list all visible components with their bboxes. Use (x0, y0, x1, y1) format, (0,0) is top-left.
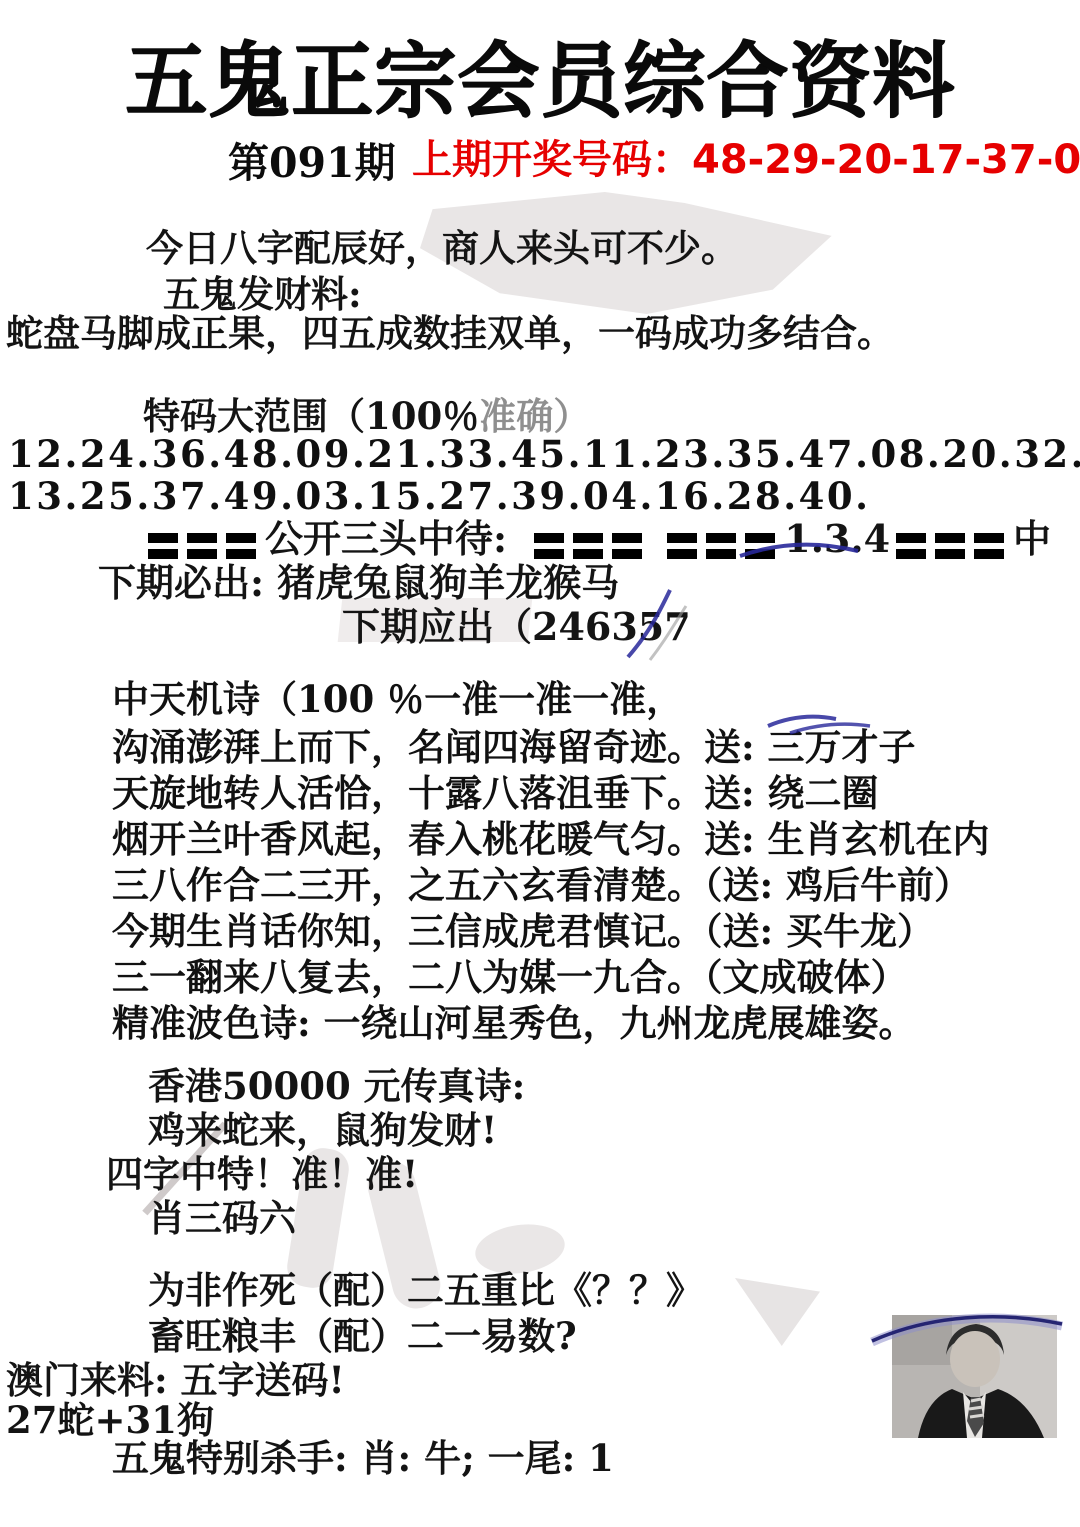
fax-line-4: 肖三码六 (148, 1188, 296, 1242)
last-draw-numbers: 上期开奖号码：48-29-20-17-37-08+36 (412, 128, 1080, 185)
poem-block: 沟涌澎湃上而下，名闻四海留奇迹。送: 三万才子 天旋地转人活恰，十露八落沮垂下。… (112, 724, 990, 1046)
redaction-blocks-after (896, 520, 1013, 565)
redaction-blocks-mid-2 (667, 520, 784, 565)
poem-line-4: 三八作合二三开，之五六玄看清楚。（送: 鸡后牛前） (112, 862, 990, 908)
page-title: 五鬼正宗会员综合资料 (0, 16, 1080, 133)
redaction-block (896, 533, 926, 559)
redaction-block (745, 533, 775, 559)
poem-line-7: 精准波色诗: 一绕山河星秀色，九州龙虎展雄姿。 (112, 1000, 990, 1046)
next-should-line: 下期应出（246357 (342, 596, 691, 651)
poem-line-2: 天旋地转人活恰，十露八落沮垂下。送: 绕二圈 (112, 770, 990, 816)
redaction-block (974, 533, 1004, 559)
redaction-block (667, 533, 697, 559)
poem-title: 中天机诗（100 ％一准一准一准， (112, 676, 683, 722)
poem-line-3: 烟开兰叶香风起，春入桃花暖气匀。送: 生肖玄机在内 (112, 816, 990, 862)
open-heads-suffix: 中 (1013, 516, 1051, 561)
poem-line-6: 三一翻来八复去，二八为媒一九合。（文成破体） (112, 954, 990, 1000)
watermark-triangle (735, 1278, 820, 1346)
poem-line-1: 沟涌澎湃上而下，名闻四海留奇迹。送: 三万才子 (112, 724, 990, 770)
redaction-block (935, 533, 965, 559)
redaction-block (706, 533, 736, 559)
special-numbers-row-1: 12.24.36.48.09.21.33.45.11.23.35.47.08.2… (8, 432, 1080, 476)
person-photo (892, 1315, 1057, 1438)
poem-line-5: 今期生肖话你知，三信成虎君慎记。（送: 买牛龙） (112, 908, 990, 954)
issue-number: 第091期 (228, 130, 396, 189)
intro-line-3: 蛇盘马脚成正果，四五成数挂双单，一码成功多结合。 (6, 303, 894, 357)
open-heads-value: 1.3.4 (784, 516, 890, 561)
bottom-line-5: 五鬼特别杀手: 肖: 牛; 一尾: 1 (112, 1428, 614, 1482)
tip-sheet-page: 五鬼正宗会员综合资料 第091期 上期开奖号码：48-29-20-17-37-0… (0, 0, 1080, 1527)
